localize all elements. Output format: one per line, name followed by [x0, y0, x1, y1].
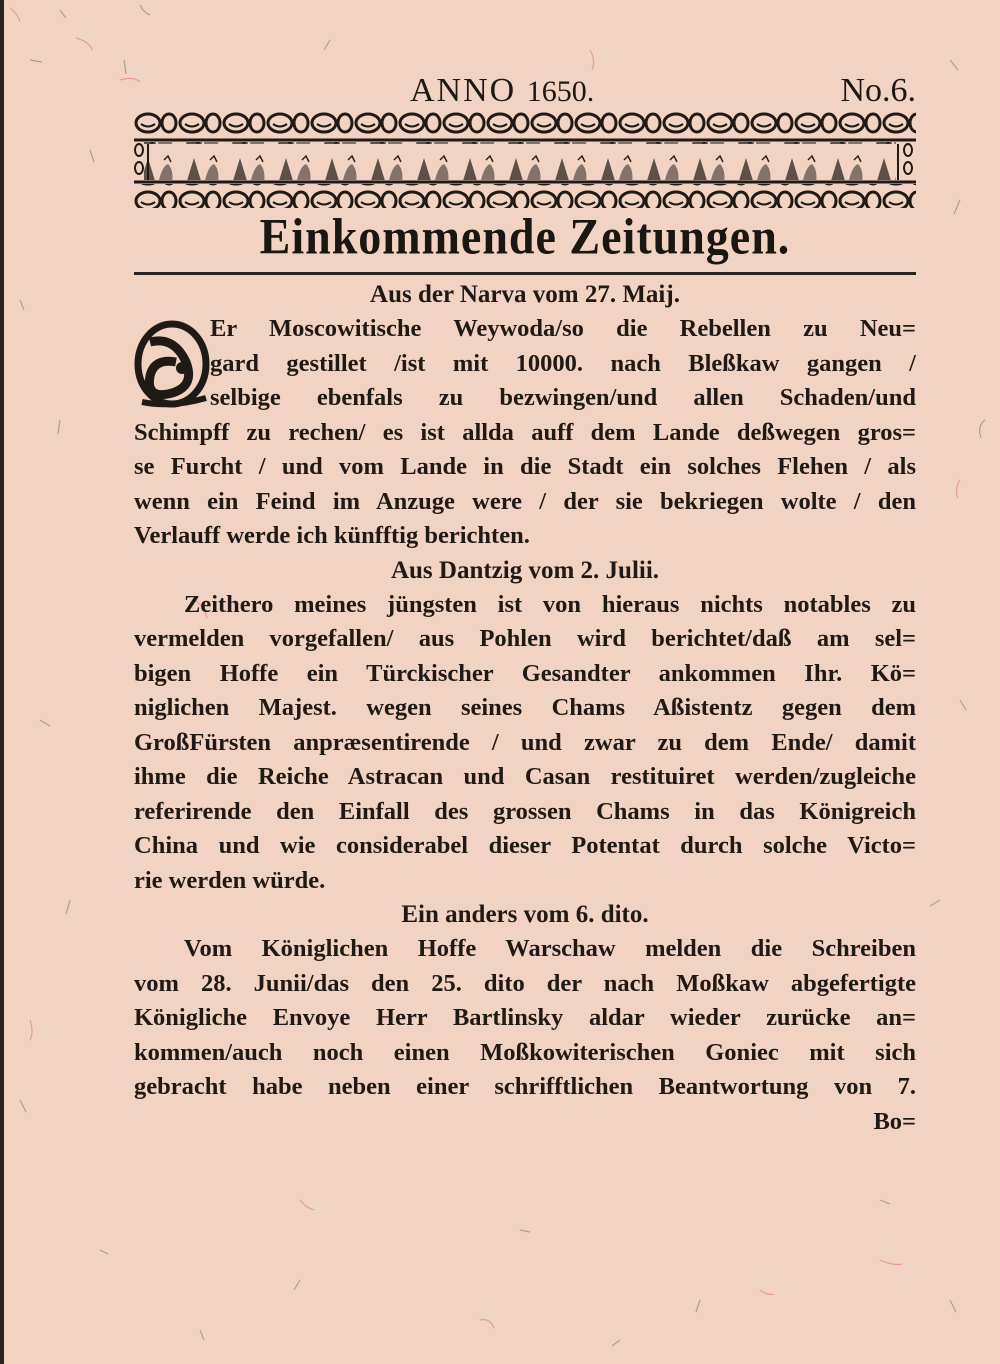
article-narva-body: Er Moscowitische Weywoda/so die Rebellen… [134, 312, 916, 554]
text-line: vermelden vorgefallen/ aus Pohlen wird b… [134, 622, 916, 657]
text-line: Vom Königlichen Hoffe Warschaw melden di… [134, 932, 916, 967]
text-line: Verlauff werde ich künfftig berichten. [134, 519, 916, 554]
anno-label: ANNO [410, 72, 516, 109]
newspaper-title: Einkommende Zeitungen. [134, 207, 916, 266]
text-line: referirende den Einfall des grossen Cham… [134, 795, 916, 830]
text-line: rie werden würde. [134, 864, 916, 899]
text-line: selbige ebenfals zu bezwingen/und allen … [134, 381, 916, 416]
scan-left-edge [0, 0, 4, 1364]
article-warschaw-body: Vom Königlichen Hoffe Warschaw melden di… [134, 932, 916, 1139]
decorative-border-ornament [134, 110, 916, 208]
text-line: kommen/auch noch einen Moßkowiterischen … [134, 1036, 916, 1071]
text-line: se Furcht / und vom Lande in die Stadt e… [134, 450, 916, 485]
dateline-narva: Aus der Narva vom 27. Maij. [134, 278, 916, 312]
text-line: wenn ein Feind im Anzuge were / der sie … [134, 485, 916, 520]
ornament-band-icon [134, 110, 916, 208]
text-line: vom 28. Junii/das den 25. dito der nach … [134, 967, 916, 1002]
text-line: bigen Hoffe ein Türckischer Gesandter an… [134, 657, 916, 692]
catchword: Bo= [134, 1105, 916, 1140]
issue-number: No.6. [840, 72, 916, 110]
text-line: gebracht habe neben einer schrifftlichen… [134, 1070, 916, 1105]
article-narva: Er Moscowitische Weywoda/so die Rebellen… [134, 312, 916, 554]
newspaper-page: ANNO 1650. No.6. [134, 70, 916, 1139]
text-line: Schimpff zu rechen/ es ist allda auff de… [134, 416, 916, 451]
dateline-dantzig: Aus Dantzig vom 2. Julii. [134, 554, 916, 588]
text-line: GroßFürsten anpræsentirende / und zwar z… [134, 726, 916, 761]
masthead-top: ANNO 1650. No.6. [134, 70, 916, 110]
text-line: Er Moscowitische Weywoda/so die Rebellen… [134, 312, 916, 347]
text-line: Königliche Envoye Herr Bartlinsky aldar … [134, 1001, 916, 1036]
text-line: gard gestillet /ist mit 10000. nach Bleß… [134, 347, 916, 382]
year: 1650. [527, 75, 595, 108]
dateline-ein-anders: Ein anders vom 6. dito. [134, 898, 916, 932]
article-dantzig-body: Zeithero meines jüngsten ist von hieraus… [134, 588, 916, 899]
text-line: China und wie considerabel dieser Potent… [134, 829, 916, 864]
text-line: niglichen Majest. wegen seines Chams Aßi… [134, 691, 916, 726]
text-line: Zeithero meines jüngsten ist von hieraus… [134, 588, 916, 623]
drop-cap-ornate-d-icon [134, 312, 212, 412]
text-line: ihme die Reiche Astracan und Casan resti… [134, 760, 916, 795]
anno-year: ANNO 1650. [410, 72, 594, 110]
